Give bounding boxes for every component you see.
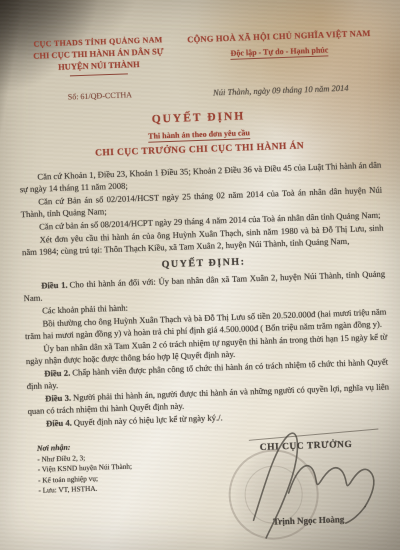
dateline: Núi Thành, ngày 09 tháng 10 năm 2014	[183, 82, 379, 99]
national-motto: Độc lập - Tự do - Hạnh phúc	[230, 45, 328, 59]
national-header-block: CỘNG HOÀ XÃ HỘI CHỦ NGHĨA VIỆT NAM Độc l…	[181, 28, 378, 73]
article-label: Điều 1.	[41, 280, 68, 291]
article-label: Điều 3.	[45, 393, 71, 404]
article-label: Điều 4.	[46, 418, 72, 429]
issuing-org-block: CỤC THADS TỈNH QUẢNG NAM CHI CỤC THI HÀN…	[15, 35, 183, 79]
article-text: Các khoản phải thi hành:	[42, 303, 128, 316]
document-footer: Nơi nhận: - Như Điều 2, 3; - Viện KSND h…	[29, 431, 394, 535]
doc-number: Số: 61/QĐ-CCTHA	[17, 88, 184, 104]
document-header: CỤC THADS TỈNH QUẢNG NAM CHI CỤC THI HÀN…	[15, 28, 378, 79]
decision-document: CỤC THADS TỈNH QUẢNG NAM CHI CỤC THI HÀN…	[0, 0, 400, 550]
org-underline	[70, 73, 128, 76]
recipients-block: Nơi nhận: - Như Điều 2, 3; - Viện KSND h…	[29, 437, 224, 535]
article-label: Điều 2.	[44, 368, 70, 379]
signature-block: CHI CỤC TRƯỞNG Trịnh Ngọc Hoàng	[221, 431, 394, 528]
document-photo: CỤC THADS TỈNH QUẢNG NAM CHI CỤC THI HÀN…	[0, 0, 400, 550]
number-date-row: Số: 61/QĐ-CCTHA Núi Thành, ngày 09 tháng…	[17, 82, 379, 105]
decision-subtitle: Thi hành án theo đơn yêu cầu	[148, 128, 250, 143]
title-block: QUYẾT ĐỊNH Thi hành án theo đơn yêu cầu …	[17, 106, 380, 162]
document-body: Căn cứ Khoản 1, Điều 23, Khoản 1 Điều 35…	[19, 159, 390, 430]
